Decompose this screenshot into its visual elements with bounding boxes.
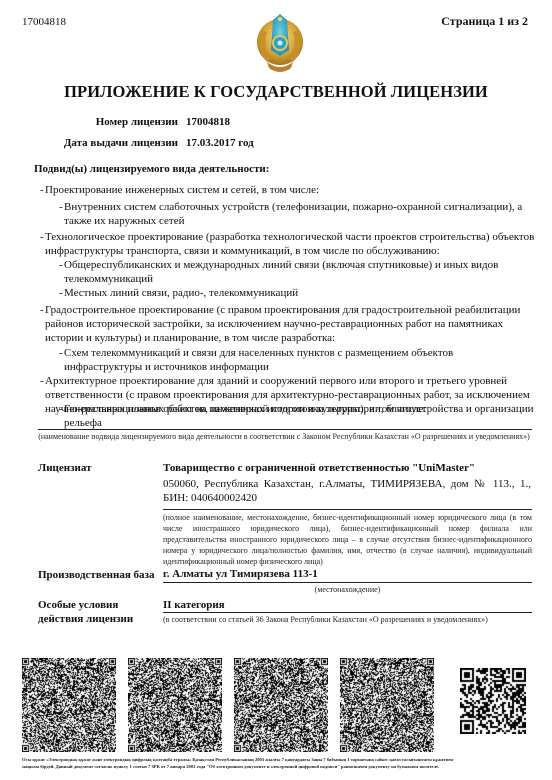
qr-code-icon bbox=[22, 658, 116, 752]
license-number-label: Номер лицензии bbox=[0, 116, 178, 128]
legal-footer-line2: маңызы бірдей. Данный документ согласно … bbox=[22, 763, 532, 770]
production-base-label: Производственная база bbox=[38, 569, 154, 581]
licensee-label: Лицензиат bbox=[38, 462, 91, 474]
special-conditions-value: II категория bbox=[163, 599, 225, 611]
production-base-caption: (местонахождение) bbox=[163, 584, 532, 595]
production-base-value: г. Алматы ул Тимирязева 113-1 bbox=[163, 568, 318, 580]
activity-item: -Технологическое проектирование (разрабо… bbox=[45, 230, 535, 258]
license-date-value: 17.03.2017 год bbox=[186, 137, 254, 149]
license-number-row: Номер лицензии17004818 bbox=[0, 116, 230, 128]
qr-code-icon bbox=[234, 658, 328, 752]
qr-code-icon bbox=[128, 658, 222, 752]
licensee-divider bbox=[163, 509, 532, 510]
licensee-caption: (полное наименование, местонахождение, б… bbox=[163, 512, 532, 567]
license-date-label: Дата выдачи лицензии bbox=[0, 137, 178, 149]
license-number-value: 17004818 bbox=[186, 116, 230, 128]
activity-subitem: -Общереспубликанских и международных лин… bbox=[64, 258, 534, 286]
special-conditions-divider bbox=[163, 612, 532, 613]
activity-subitem: -Местных линий связи, радио-, телекоммун… bbox=[64, 286, 534, 300]
page-title: ПРИЛОЖЕНИЕ К ГОСУДАРСТВЕННОЙ ЛИЦЕНЗИИ bbox=[0, 82, 552, 102]
activity-subitem: -Генеральных планов объектов, инженерной… bbox=[64, 402, 534, 430]
page-indicator: Страница 1 из 2 bbox=[441, 14, 528, 29]
activities-caption: (наименование подвида лицензируемого вид… bbox=[34, 431, 534, 442]
special-conditions-caption: (в соответствии со статьей 36 Закона Рес… bbox=[163, 614, 535, 625]
special-conditions-label-line2: действия лицензии bbox=[38, 613, 133, 625]
qr-code-icon bbox=[340, 658, 434, 752]
licensee-name: Товарищество с ограниченной ответственно… bbox=[163, 462, 475, 474]
legal-footer-line1: Осы құжат «Электрондық құжат және электр… bbox=[22, 756, 532, 763]
production-base-divider bbox=[163, 582, 532, 583]
kazakhstan-state-emblem-icon bbox=[255, 10, 305, 78]
activities-divider bbox=[38, 429, 532, 430]
activity-subitem: -Внутренних систем слаботочных устройств… bbox=[64, 200, 534, 228]
licensee-address: 050060, Республика Казахстан, г.Алматы, … bbox=[163, 477, 531, 505]
activities-heading: Подвид(ы) лицензируемого вида деятельнос… bbox=[34, 163, 269, 175]
activity-item: -Проектирование инженерных систем и сете… bbox=[45, 183, 535, 197]
special-conditions-label-line1: Особые условия bbox=[38, 599, 118, 611]
activity-subitem: -Схем телекоммуникаций и связи для насел… bbox=[64, 346, 534, 374]
license-date-row: Дата выдачи лицензии17.03.2017 год bbox=[0, 137, 254, 149]
qr-code-small-icon bbox=[460, 668, 526, 734]
legal-footer: Осы құжат «Электрондық құжат және электр… bbox=[22, 756, 532, 770]
document-number: 17004818 bbox=[22, 16, 66, 28]
activity-item: -Градостроительное проектирование (с пра… bbox=[45, 303, 535, 345]
